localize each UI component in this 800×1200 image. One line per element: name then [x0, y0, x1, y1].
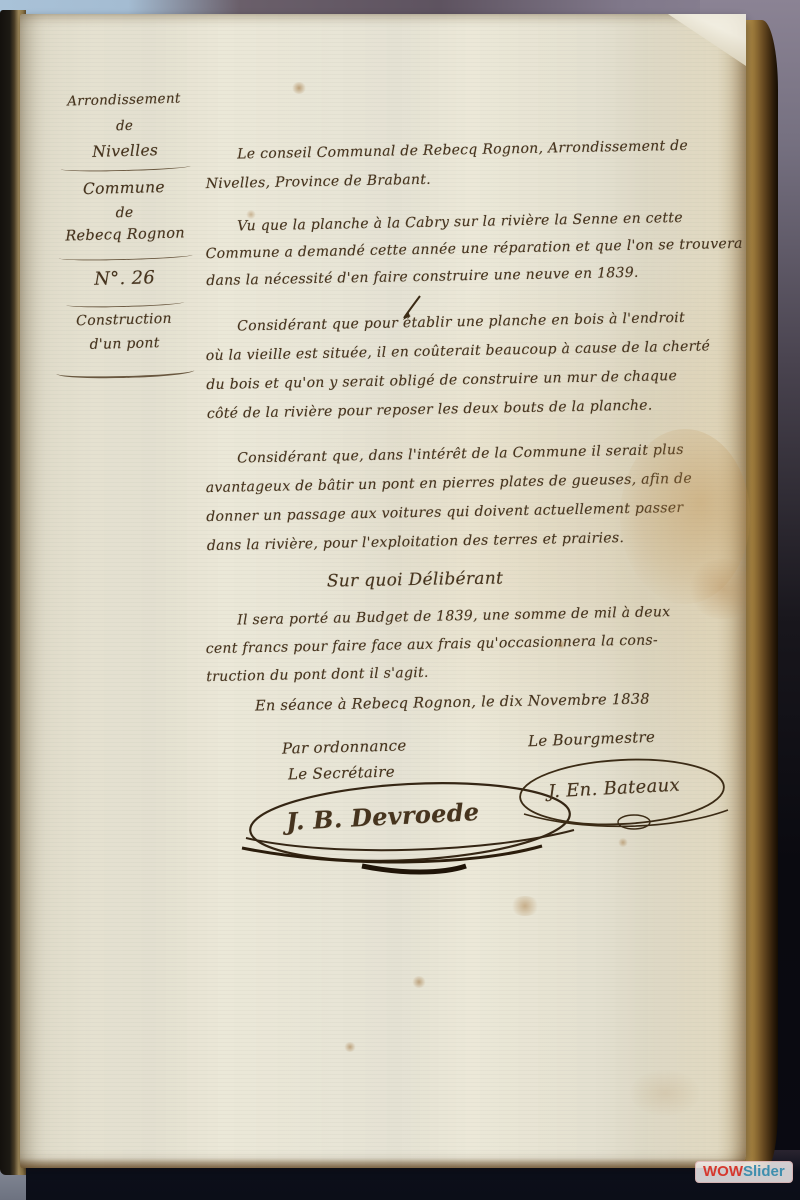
signature-left-label-1: Par ordonnance — [282, 736, 407, 757]
folded-corner — [668, 14, 746, 66]
wowslider-watermark-link[interactable]: WOWSlider — [695, 1161, 793, 1183]
ink-rule — [66, 298, 184, 308]
text-line: avantageux de bâtir un pont en pierres p… — [206, 471, 693, 496]
stain — [510, 896, 540, 916]
stain — [292, 82, 306, 94]
paragraph-vu: Vu que la planche à la Cabry sur la rivi… — [205, 209, 735, 219]
ink-flourish — [56, 364, 194, 380]
stain — [630, 1070, 700, 1116]
watermark-slider: Slider — [743, 1163, 785, 1180]
stain — [412, 976, 426, 988]
watermark-wow: WOW — [703, 1163, 743, 1180]
signature-right-label: Le Bourgmestre — [528, 728, 656, 750]
ink-rule — [61, 162, 191, 172]
margin-subject: Construction d'un pont — [49, 310, 201, 404]
text-line: Considérant que, dans l'intérêt de la Co… — [237, 442, 684, 467]
page-bottom-toning — [20, 1158, 746, 1168]
text-line: dans la nécessité d'en faire construire … — [206, 265, 639, 289]
deliberation-heading: Sur quoi Délibérant — [205, 566, 625, 593]
paragraph-opening: Le conseil Communal de Rebecq Rognon, Ar… — [205, 137, 735, 147]
dateline: En séance à Rebecq Rognon, le dix Novemb… — [255, 692, 650, 715]
photo-of-manuscript: Arrondissement de Nivelles Commune de Re… — [0, 0, 800, 1200]
text-line: Considérant que pour établir une planche… — [237, 310, 685, 335]
text-line: cent francs pour faire face aux frais qu… — [206, 632, 659, 657]
ink-rule — [59, 251, 193, 262]
paragraph-resolution: Il sera porté au Budget de 1839, une som… — [205, 603, 735, 613]
paragraph-considerant-1: Considérant que pour établir une planche… — [205, 309, 735, 319]
margin-text: d'un pont — [49, 334, 199, 354]
text-line: donner un passage aux voitures qui doive… — [206, 500, 683, 525]
manuscript-page: Arrondissement de Nivelles Commune de Re… — [20, 14, 746, 1168]
text-line: Il sera porté au Budget de 1839, une som… — [237, 604, 671, 628]
text-line: Nivelles, Province de Brabant. — [206, 172, 431, 192]
text-line: Vu que la planche à la Cabry sur la rivi… — [237, 210, 683, 235]
text-line: où la vieille est située, il en coûterai… — [206, 338, 711, 364]
text-line: Le conseil Communal de Rebecq Rognon, Ar… — [237, 138, 688, 163]
margin-text: de — [49, 116, 199, 136]
text-line: côté de la rivière pour reposer les deux… — [207, 398, 653, 423]
margin-text: N°. 26 — [49, 266, 199, 291]
margin-text: de — [49, 203, 199, 223]
margin-text: Nivelles — [50, 140, 200, 162]
text-line: Commune a demandé cette année une répara… — [206, 236, 743, 262]
stain — [344, 1042, 356, 1052]
margin-text: Rebecq Rognon — [50, 225, 200, 245]
text-line: truction du pont dont il s'agit. — [206, 665, 429, 685]
margin-text: Construction — [49, 310, 199, 330]
margin-commune: Commune de Rebecq Rognon — [49, 177, 202, 281]
margin-text: Arrondissement — [49, 90, 199, 110]
paragraph-considerant-2: Considérant que, dans l'intérêt de la Co… — [205, 441, 735, 451]
text-line: dans la rivière, pour l'exploitation des… — [207, 530, 625, 554]
text-line: du bois et qu'on y serait obligé de cons… — [206, 368, 677, 393]
margin-text: Commune — [49, 177, 199, 199]
